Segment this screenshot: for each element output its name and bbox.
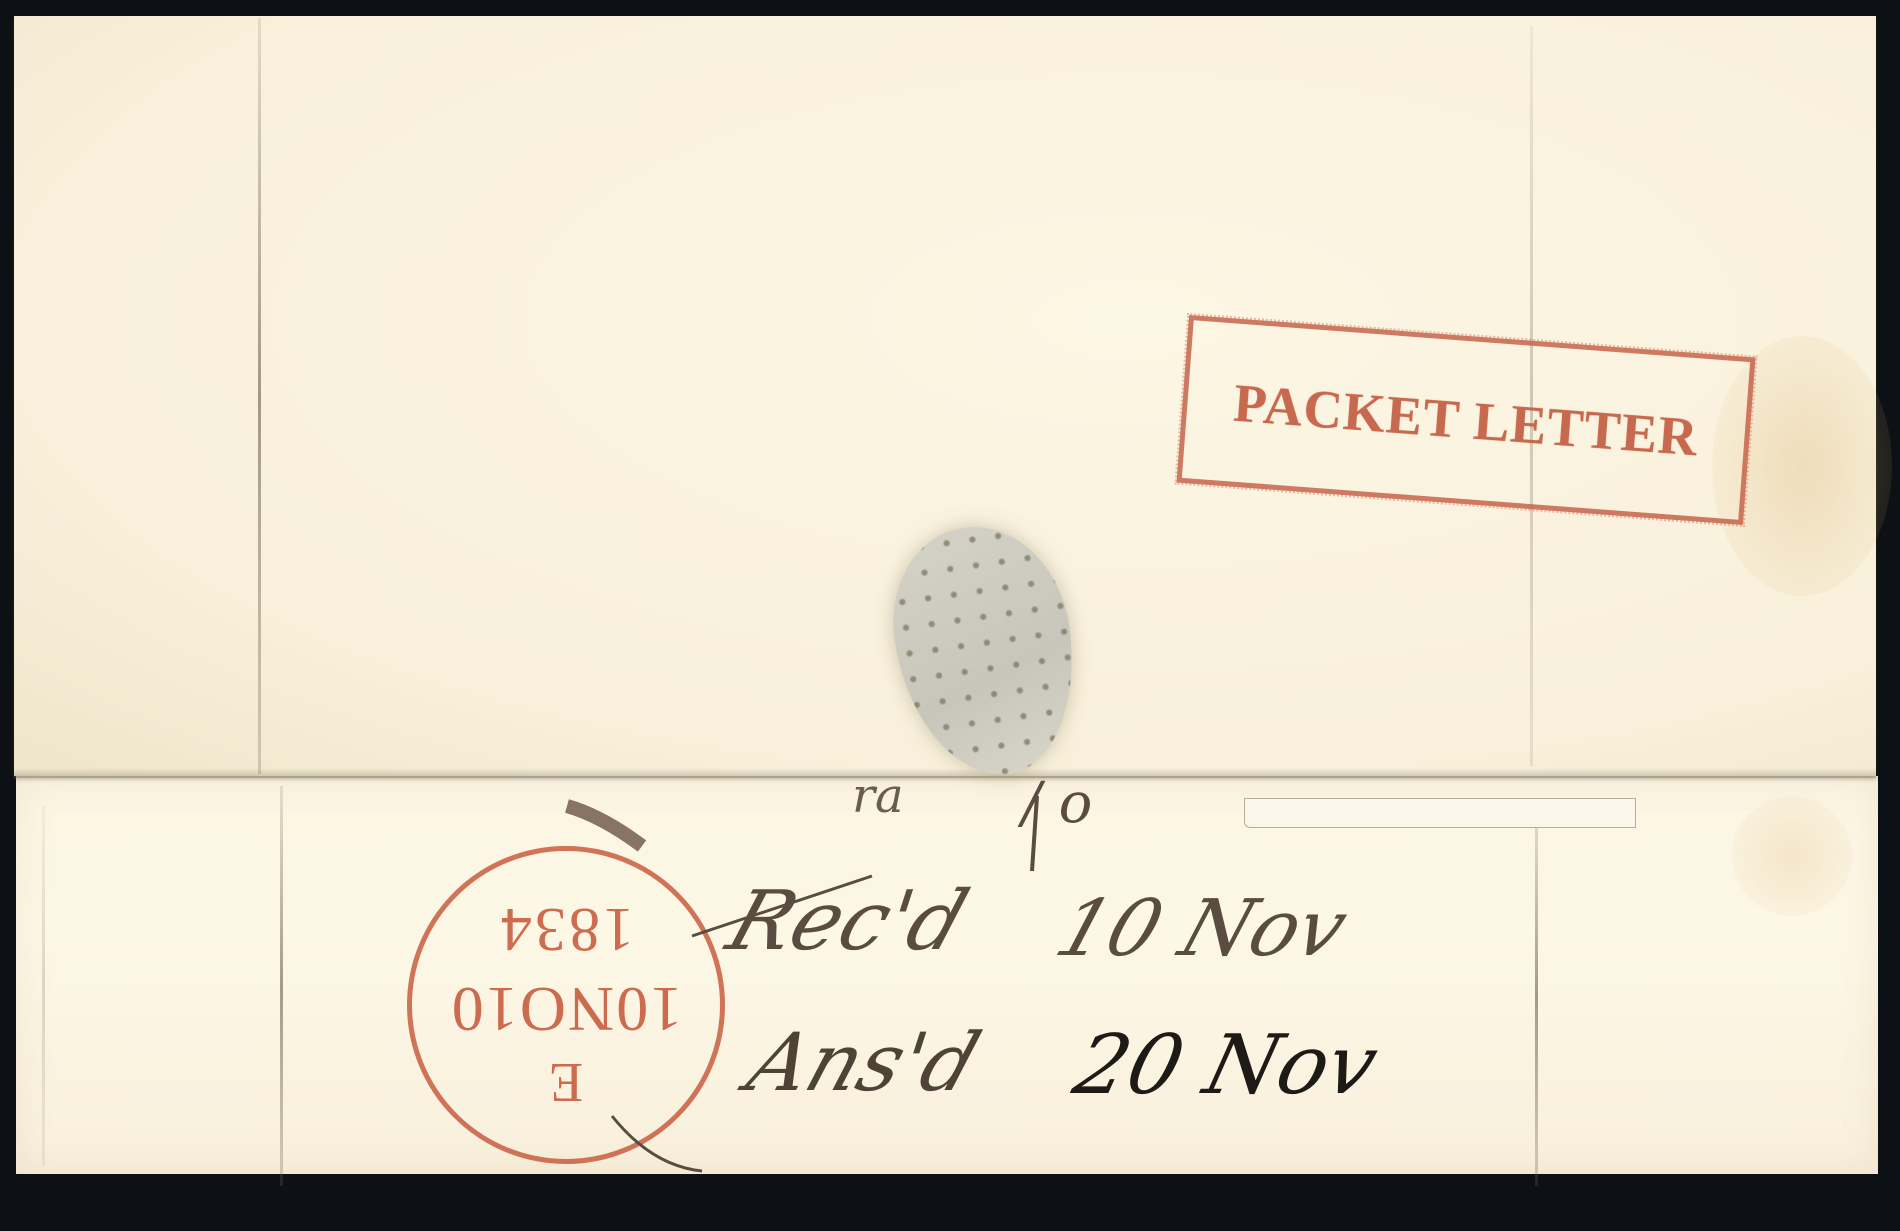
letter-sheet: PACKET LETTER E 10NO10 1834 ra / o Rec'd… — [12, 16, 1878, 1218]
pen-strokes — [12, 16, 1878, 1218]
